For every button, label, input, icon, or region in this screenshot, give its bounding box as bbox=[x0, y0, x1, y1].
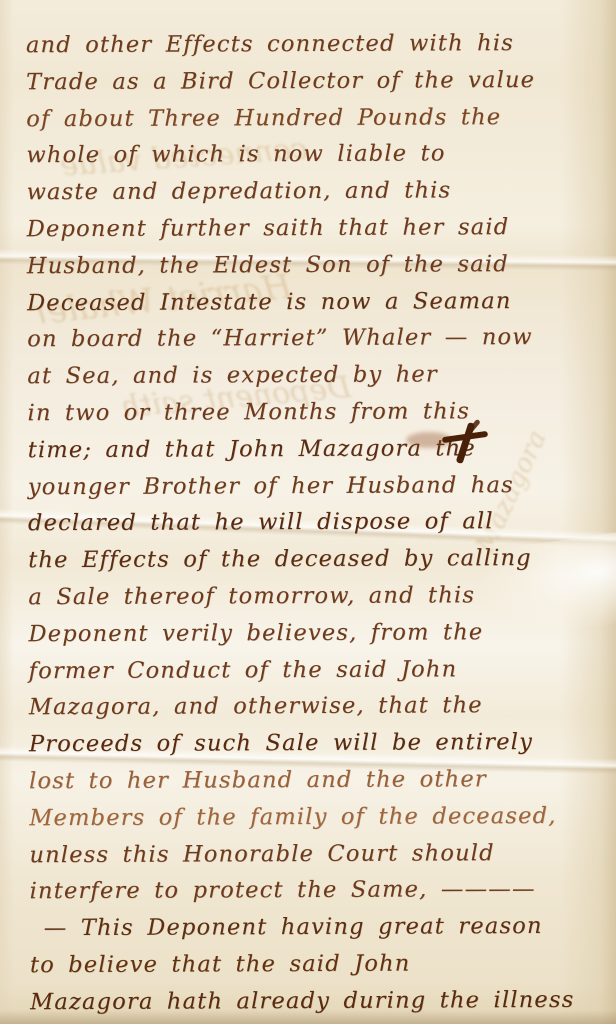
manuscript-line: of about Three Hundred Pounds the bbox=[26, 98, 580, 137]
manuscript-line: on board the “Harriet” Whaler — now bbox=[27, 319, 581, 358]
manuscript-line: Trade as a Bird Collector of the value bbox=[26, 62, 580, 101]
manuscript-line: — This Deponent having great reason bbox=[30, 908, 584, 947]
manuscript-line: Proceeds of such Sale will be entirely bbox=[29, 724, 583, 763]
manuscript-line: and other Effects connected with his bbox=[26, 25, 580, 64]
manuscript-line: lost to her Husband and the other bbox=[29, 761, 583, 800]
manuscript-line: Members of the family of the deceased, bbox=[29, 798, 583, 837]
manuscript-line: Husband, the Eldest Son of the said bbox=[27, 246, 581, 285]
manuscript-line: younger Brother of her Husband has bbox=[28, 466, 582, 505]
manuscript-line: the Effects of the deceased by calling bbox=[28, 540, 582, 579]
manuscript-line: former Conduct of the said John bbox=[29, 650, 583, 689]
manuscript-line: Deponent further saith that her said bbox=[27, 209, 581, 248]
manuscript-line: interfere to protect the Same, ———— bbox=[30, 871, 584, 910]
manuscript-text-block: and other Effects connected with his Tra… bbox=[0, 25, 616, 1021]
manuscript-line: Mazagora hath already during the illness bbox=[30, 982, 584, 1021]
manuscript-line: waste and depredation, and this bbox=[26, 172, 580, 211]
manuscript-line: to believe that the said John bbox=[30, 945, 584, 984]
manuscript-line: unless this Honorable Court should bbox=[29, 834, 583, 873]
manuscript-line: declared that he will dispose of all bbox=[28, 503, 582, 542]
manuscript-line: at Sea, and is expected by her bbox=[27, 356, 581, 395]
manuscript-line: time; and that John Mazagora the bbox=[28, 430, 582, 469]
manuscript-line: in two or three Months from this bbox=[27, 393, 581, 432]
manuscript-line: whole of which is now liable to bbox=[26, 135, 580, 174]
manuscript-line: Mazagora, and otherwise, that the bbox=[29, 687, 583, 726]
manuscript-line: Deceased Intestate is now a Seaman bbox=[27, 282, 581, 321]
manuscript-line: Deponent verily believes, from the bbox=[28, 614, 582, 653]
manuscript-page: connected value Harriet Whaler Mazagora … bbox=[0, 0, 616, 1024]
manuscript-line: a Sale thereof tomorrow, and this bbox=[28, 577, 582, 616]
